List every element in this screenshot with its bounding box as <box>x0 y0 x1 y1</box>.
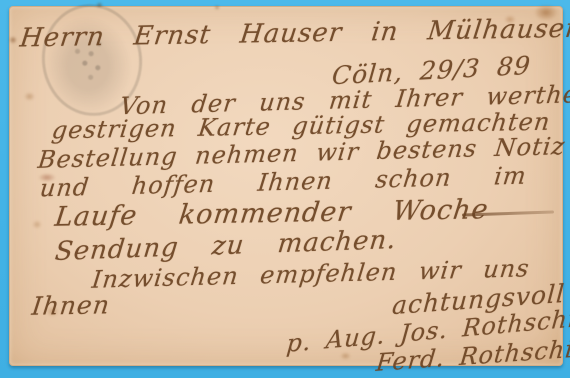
closing-word-left: Ihnen <box>30 292 111 318</box>
age-stain <box>214 5 220 10</box>
body-line: Laufe kommender Woche <box>53 196 490 231</box>
age-stain <box>96 2 103 8</box>
age-stain <box>24 92 35 101</box>
age-stain <box>32 220 42 229</box>
age-stain <box>340 352 351 360</box>
age-stain <box>9 36 17 44</box>
postcard-scan: Herrn Ernst Hauser in Mülhausen i/E Cöln… <box>0 0 570 378</box>
